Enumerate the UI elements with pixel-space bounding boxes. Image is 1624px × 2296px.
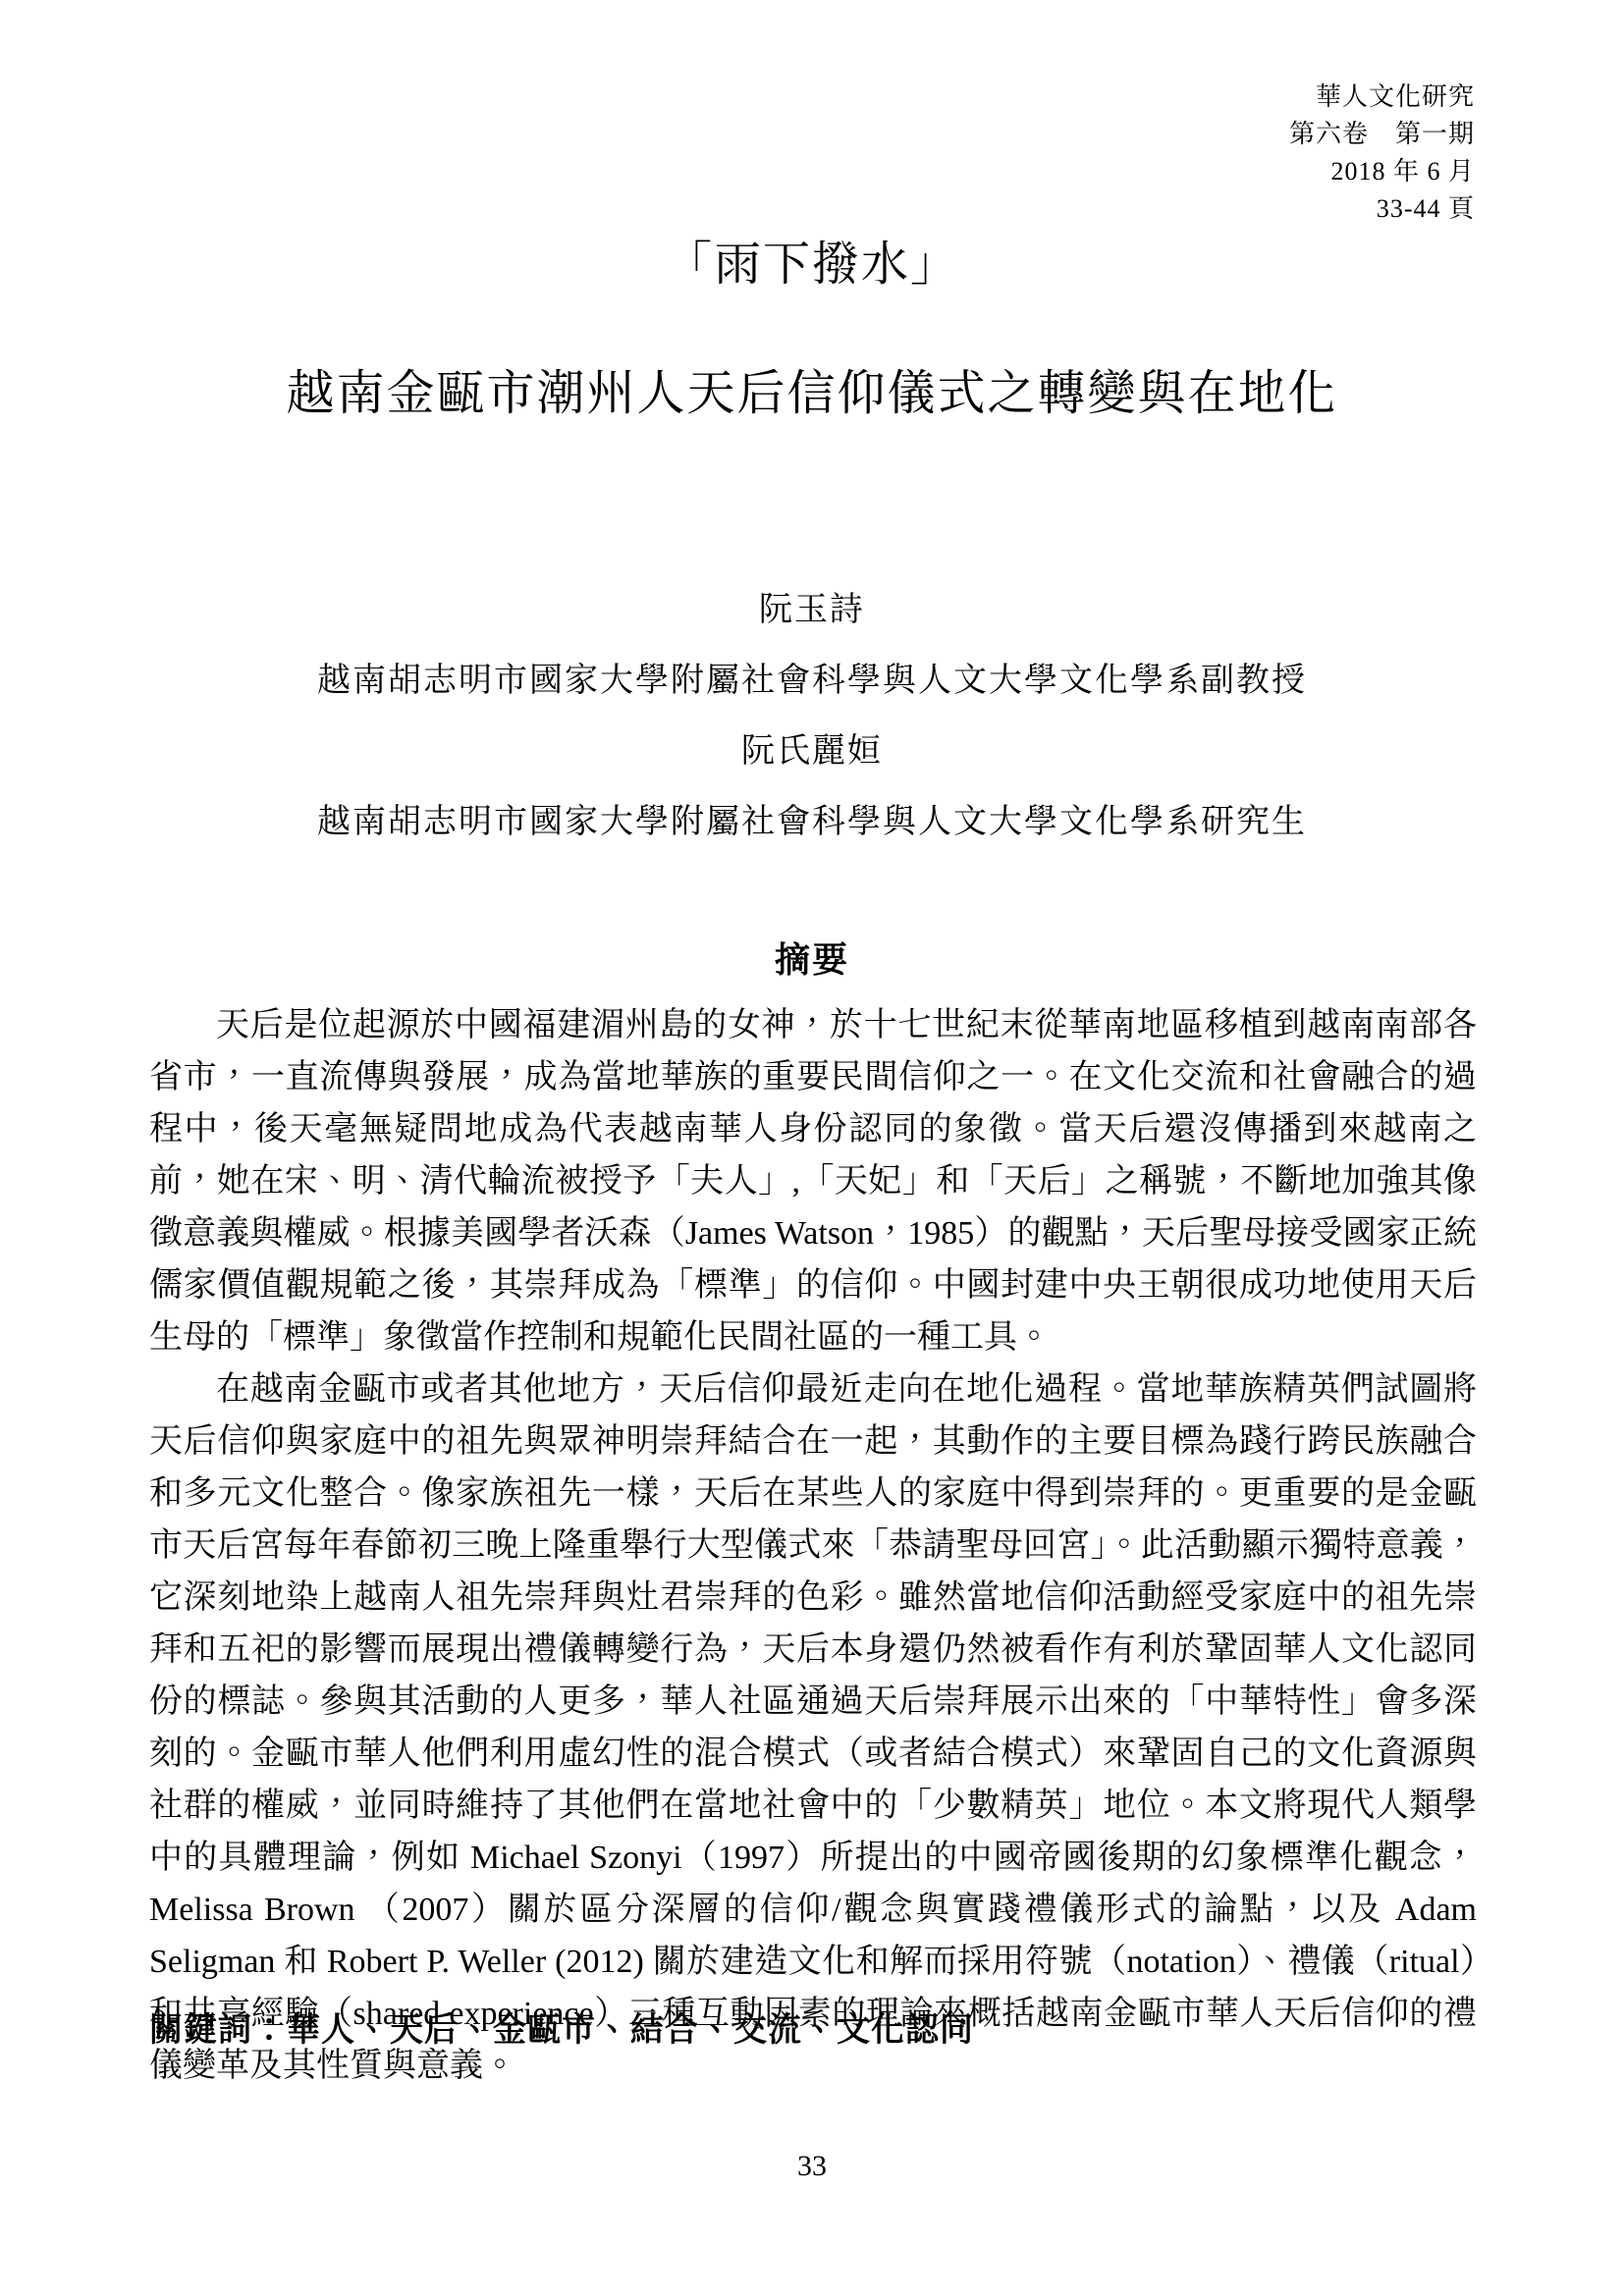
journal-title: 華人文化研究	[1289, 79, 1475, 116]
abstract-paragraph: 在越南金甌市或者其他地方，天后信仰最近走向在地化過程。當地華族精英們試圖將天后信…	[149, 1363, 1477, 2092]
abstract-body: 天后是位起源於中國福建湄州島的女神，於十七世紀末從華南地區移植到越南南部各省市，…	[149, 999, 1477, 2092]
journal-header: 華人文化研究 第六卷 第一期 2018 年 6 月 33-44 頁	[1289, 79, 1475, 228]
byline: 阮玉詩 越南胡志明市國家大學附屬社會科學與人文大學文化學系副教授 阮氏麗姮 越南…	[149, 587, 1475, 870]
journal-page-range: 33-44 頁	[1289, 190, 1475, 228]
journal-issue: 第六卷 第一期	[1289, 116, 1475, 153]
article-title: 「雨下撥水」	[0, 236, 1624, 294]
abstract-paragraph: 天后是位起源於中國福建湄州島的女神，於十七世紀末從華南地區移植到越南南部各省市，…	[149, 999, 1477, 1363]
abstract-heading: 摘要	[0, 933, 1624, 983]
article-subtitle: 越南金甌市潮州人天后信仰儀式之轉變與在地化	[0, 363, 1624, 424]
keywords: 關鍵詞：華人、天后、金甌市、結合、交流、文化認同	[149, 2002, 1477, 2051]
page-number: 33	[0, 2150, 1624, 2183]
author-affiliation: 越南胡志明市國家大學附屬社會科學與人文大學文化學系研究生	[149, 799, 1475, 870]
author-name: 阮玉詩	[149, 587, 1475, 658]
paper-page: 華人文化研究 第六卷 第一期 2018 年 6 月 33-44 頁 「雨下撥水」…	[0, 0, 1624, 2296]
author-name: 阮氏麗姮	[149, 728, 1475, 799]
journal-date: 2018 年 6 月	[1289, 153, 1475, 190]
author-affiliation: 越南胡志明市國家大學附屬社會科學與人文大學文化學系副教授	[149, 658, 1475, 728]
